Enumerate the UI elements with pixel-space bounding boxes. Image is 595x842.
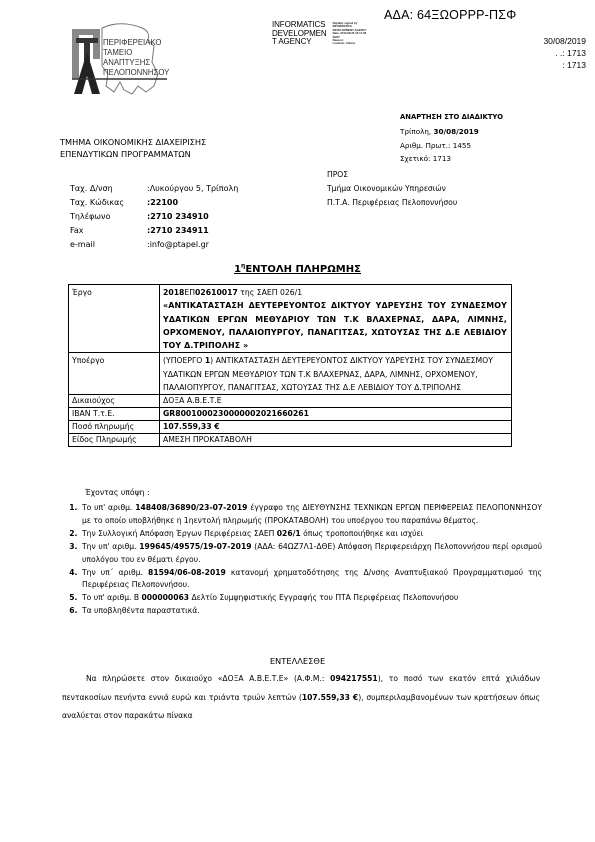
order-afm: 094217551 (330, 674, 378, 683)
contact-email[interactable]: :info@ptapel.gr (147, 237, 238, 251)
item-ref: 199645/49575/19-07-2019 (139, 542, 251, 551)
contact-label: e-mail (70, 237, 147, 251)
order-heading: ΕΝΤΕΛΛΕΣΘΕ (0, 656, 595, 666)
item-text: Την υπ΄ αριθμ. (82, 568, 148, 577)
contact-value: :22100 (147, 195, 238, 209)
recipient-label: ΠΡΟΣ (327, 168, 457, 182)
signature-ref-2: : 1713 (543, 59, 586, 71)
order-text: Να πληρώσετε στον δικαιούχο «ΔΟΞΑ Α.Β.Ε.… (86, 674, 330, 683)
beneficiary-label: Δικαιούχος (69, 395, 160, 408)
contact-info: Ταχ. Δ/νση:Λυκούργου 5, Τρίπολη Ταχ. Κώδ… (70, 181, 238, 251)
recipient-line: Τμήμα Οικονομικών Υπηρεσιών (327, 182, 457, 196)
contact-label: Fax (70, 223, 147, 237)
project-code: 2018ΕΠ02610017 της ΣΑΕΠ 026/1 (163, 286, 507, 299)
place-date-label: Τρίπολη, (400, 127, 434, 136)
table-row-amount: Ποσό πληρωμής 107.559,33 € (69, 421, 512, 434)
signature-meta: 30/08/2019 . .: 1713 : 1713 (543, 35, 586, 71)
table-row-iban: IBAN Τ.τ.Ε. GR8001000230000002021660261 (69, 408, 512, 421)
table-row-subproject: Υποέργο (ΥΠΟΕΡΓΟ 1) ΑΝΤΙΚΑΤΑΣΤΑΣΗ ΔΕΥΤΕΡ… (69, 353, 512, 395)
considering-label: Έχοντας υπόψη : (85, 488, 150, 497)
item-ref: 026/1 (277, 529, 301, 538)
payment-type-label: Είδος Πληρωμής (69, 434, 160, 447)
contact-label: Τηλέφωνο (70, 209, 147, 223)
project-value: 2018ΕΠ02610017 της ΣΑΕΠ 026/1 «ΑΝΤΙΚΑΤΑΣ… (160, 285, 512, 353)
recipient-line: Π.Τ.Α. Περιφέρειας Πελοποννήσου (327, 196, 457, 210)
order-amount: 107.559,33 € (302, 693, 358, 702)
place-date: Τρίπολη, 30/08/2019 (400, 125, 503, 139)
digital-signature: INFORMATICS DEVELOPMEN T AGENCY Digitall… (272, 21, 367, 47)
item-text: Δελτίο Συμψηφιστικής Εγγραφής του ΠΤΑ Πε… (189, 593, 458, 602)
item-ref: 148408/36890/23-07-2019 (135, 503, 247, 512)
item-text: Την Συλλογική Απόφαση Έργων Περιφέρειας … (82, 529, 277, 538)
item-ref: 81594/06-08-2019 (148, 568, 226, 577)
item-ref: 000000063 (142, 593, 190, 602)
amount-label: Ποσό πληρωμής (69, 421, 160, 434)
logo-text: ΠΕΡΙΦΕΡΕΙΑΚΟ ΤΑΜΕΙΟ ΑΝΑΠΤΥΞΗΣ ΠΕΛΟΠΟΝΝΗΣ… (103, 38, 169, 78)
department: ΤΜΗΜΑ ΟΙΚΟΝΟΜΙΚΗΣ ΔΙΑΧΕΙΡΙΣΗΣ ΕΠΕΝΔΥΤΙΚΩ… (60, 136, 206, 160)
protocol-value: 1455 (453, 141, 471, 150)
ada-code: ΑΔΑ: 64ΞΩΟΡΡΡ-ΠΣΦ (384, 8, 516, 22)
beneficiary-value: ΔΟΞΑ Α.Β.Ε.Τ.Ε (160, 395, 512, 408)
list-item: Την υπ' αριθμ. 199645/49575/19-07-2019 (… (80, 541, 542, 567)
document-title: 1ηΕΝΤΟΛΗ ΠΛΗΡΩΜΗΣ (0, 263, 595, 275)
related-label: Σχετικό: (400, 154, 430, 163)
list-item: Την Συλλογική Απόφαση Έργων Περιφέρειας … (80, 528, 542, 541)
list-item: Την υπ΄ αριθμ. 81594/06-08-2019 κατανομή… (80, 567, 542, 593)
recipient: ΠΡΟΣ Τμήμα Οικονομικών Υπηρεσιών Π.Τ.Α. … (327, 168, 457, 209)
signature-org: INFORMATICS DEVELOPMEN T AGENCY (272, 21, 327, 47)
upload-block: ΑΝΑΡΤΗΣΗ ΣΤΟ ΔΙΑΔΙΚΤΥΟ Τρίπολη, 30/08/20… (400, 111, 503, 166)
item-text: Το υπ' αριθμ. (82, 503, 135, 512)
contact-value: :2710 234911 (147, 223, 238, 237)
payment-details-table: Έργο 2018ΕΠ02610017 της ΣΑΕΠ 026/1 «ΑΝΤΙ… (68, 284, 512, 447)
signature-ref-1: . .: 1713 (543, 47, 586, 59)
contact-row: e-mail:info@ptapel.gr (70, 237, 238, 251)
logo-line: ΠΕΡΙΦΕΡΕΙΑΚΟ (103, 38, 169, 48)
project-code-number: 02610017 (195, 288, 238, 297)
project-title: «ΑΝΤΙΚΑΤΑΣΤΑΣΗ ΔΕΥΤΕΡΕΥΟΝΤΟΣ ΔΙΚΤΥΟΥ ΥΔΡ… (163, 299, 507, 352)
subproject-value: (ΥΠΟΕΡΓΟ 1) ΑΝΤΙΚΑΤΑΣΤΑΣΗ ΔΕΥΤΕΡΕΥΟΝΤΟΣ … (160, 353, 512, 395)
protocol-label: Αριθμ. Πρωτ.: (400, 141, 450, 150)
logo-line: ΠΕΛΟΠΟΝΝΗΣΟΥ (103, 68, 169, 78)
contact-label: Ταχ. Κώδικας (70, 195, 147, 209)
signature-org-line: T AGENCY (272, 38, 327, 47)
amount-value: 107.559,33 € (160, 421, 512, 434)
project-code-saep: της ΣΑΕΠ 026/1 (238, 288, 302, 297)
subproject-prefix: (ΥΠΟΕΡΓΟ (163, 356, 205, 365)
iban-value: GR8001000230000002021660261 (160, 408, 512, 421)
contact-row: Τηλέφωνο:2710 234910 (70, 209, 238, 223)
logo-line: ΤΑΜΕΙΟ (103, 48, 169, 58)
table-row-payment-type: Είδος Πληρωμής ΑΜΕΣΗ ΠΡΟΚΑΤΑΒΟΛΗ (69, 434, 512, 447)
table-row-project: Έργο 2018ΕΠ02610017 της ΣΑΕΠ 026/1 «ΑΝΤΙ… (69, 285, 512, 353)
item-text: Την υπ' αριθμ. (82, 542, 139, 551)
project-label: Έργο (69, 285, 160, 353)
item-text: όπως τροποποιήθηκε και ισχύει (301, 529, 423, 538)
contact-row: Ταχ. Δ/νση:Λυκούργου 5, Τρίπολη (70, 181, 238, 195)
considering-list: Το υπ' αριθμ. 148408/36890/23-07-2019 έγ… (62, 502, 542, 618)
list-item: Το υπ' αριθμ. 148408/36890/23-07-2019 έγ… (80, 502, 542, 528)
contact-row: Fax:2710 234911 (70, 223, 238, 237)
protocol-number: Αριθμ. Πρωτ.: 1455 (400, 139, 503, 153)
related-value: 1713 (433, 154, 451, 163)
list-item: Το υπ' αριθμ. Β 000000063 Δελτίο Συμψηφι… (80, 592, 542, 605)
order-body: Να πληρώσετε στον δικαιούχο «ΔΟΞΑ Α.Β.Ε.… (62, 670, 540, 726)
department-line: ΕΠΕΝΔΥΤΙΚΩΝ ΠΡΟΓΡΑΜΜΑΤΩΝ (60, 148, 206, 160)
title-text: ΕΝΤΟΛΗ ΠΛΗΡΩΜΗΣ (245, 264, 361, 275)
logo-line: ΑΝΑΠΤΥΞΗΣ (103, 58, 169, 68)
contact-label: Ταχ. Δ/νση (70, 181, 147, 195)
signature-detail-line: Location: Athens (333, 42, 367, 45)
project-code-year: 2018 (163, 288, 184, 297)
contact-value: :2710 234910 (147, 209, 238, 223)
signature-details: Digitally signed by INFORMATICS DEVELOPM… (333, 22, 367, 47)
subproject-text: ) ΑΝΤΙΚΑΤΑΣΤΑΣΗ ΔΕΥΤΕΡΕΥΟΝΤΟΣ ΔΙΚΤΥΟΥ ΥΔ… (163, 356, 493, 392)
pta-logo: ΠΕΡΙΦΕΡΕΙΑΚΟ ΤΑΜΕΙΟ ΑΝΑΠΤΥΞΗΣ ΠΕΛΟΠΟΝΝΗΣ… (62, 16, 182, 96)
subproject-label: Υποέργο (69, 353, 160, 395)
item-text: Τα υποβληθέντα παραστατικά. (82, 606, 200, 615)
table-row-beneficiary: Δικαιούχος ΔΟΞΑ Α.Β.Ε.Τ.Ε (69, 395, 512, 408)
title-number: 1 (234, 264, 241, 275)
project-code-ep: ΕΠ (184, 288, 195, 297)
contact-value: :Λυκούργου 5, Τρίπολη (147, 181, 238, 195)
contact-row: Ταχ. Κώδικας:22100 (70, 195, 238, 209)
item-text: Το υπ' αριθμ. Β (82, 593, 142, 602)
upload-label: ΑΝΑΡΤΗΣΗ ΣΤΟ ΔΙΑΔΙΚΤΥΟ (400, 111, 503, 125)
iban-label: IBAN Τ.τ.Ε. (69, 408, 160, 421)
department-line: ΤΜΗΜΑ ΟΙΚΟΝΟΜΙΚΗΣ ΔΙΑΧΕΙΡΙΣΗΣ (60, 136, 206, 148)
payment-type-value: ΑΜΕΣΗ ΠΡΟΚΑΤΑΒΟΛΗ (160, 434, 512, 447)
list-item: Τα υποβληθέντα παραστατικά. (80, 605, 542, 618)
place-date-value: 30/08/2019 (434, 127, 479, 136)
signature-date: 30/08/2019 (543, 35, 586, 47)
related-number: Σχετικό: 1713 (400, 152, 503, 166)
